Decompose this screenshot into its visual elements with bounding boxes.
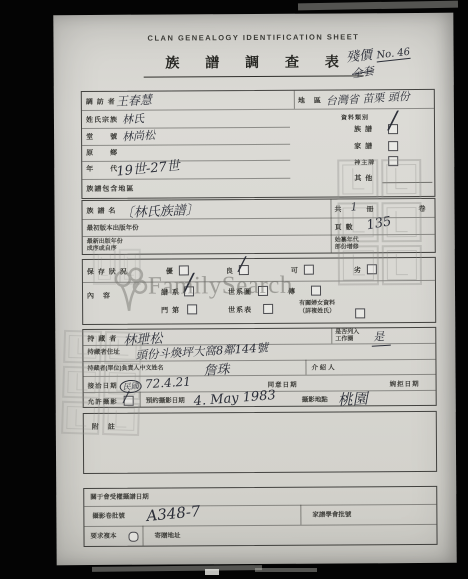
- content-lineage-rank-label: 門 第: [161, 305, 180, 315]
- pages-label: 頁 數: [335, 222, 354, 232]
- holder-contact-label: 持藏者(單位)負責人中文姓名: [87, 366, 163, 373]
- category-other-label: 其 他: [354, 173, 373, 183]
- contact-date-label: 接洽日期: [88, 381, 118, 390]
- section-basic-info: 調 訪 者 王春慧 地 區 台灣省 苗栗 頭份 姓氏宗族 林氏 堂 號 林尚松 …: [81, 89, 436, 199]
- film-number-label: 攝影卷批號: [92, 513, 125, 520]
- content-women-label-line1: 有關婦女資料: [299, 301, 335, 308]
- compile-interval-label: 部份增修: [335, 244, 359, 251]
- content-biography-label: 傳: [288, 287, 296, 297]
- content-lineage-chart-label: 世系圖: [228, 287, 252, 297]
- notes-label: 附 註: [92, 422, 116, 432]
- region-value: 台灣省 苗栗 頭份: [325, 88, 410, 109]
- content-pedigree-label: 譜 系: [161, 287, 180, 297]
- filming-permit-label: 允許攝影: [88, 397, 118, 406]
- listed-label-line2: 工作圈: [335, 336, 353, 343]
- familysearch-logo-watermark: [107, 265, 151, 313]
- condition-fair-checkbox: [304, 265, 314, 275]
- condition-poor-checkbox: [367, 264, 377, 274]
- listed-value: 是: [371, 328, 391, 347]
- clan-surname-label: 姓氏宗族: [86, 115, 118, 125]
- volumes-total-label: 共: [334, 204, 342, 214]
- content-lineage-rank-checkbox: [187, 304, 197, 314]
- photo-streak: [298, 1, 458, 11]
- genealogy-title-value: 〔林氏族譜〕: [120, 199, 199, 221]
- region-label: 地 區: [298, 96, 322, 106]
- condition-good-label: 良: [226, 266, 234, 276]
- volumes-total-value: 1: [350, 200, 358, 213]
- hall-name-value: 林尚松: [122, 127, 156, 145]
- filming-location-label: 攝影地點: [302, 397, 328, 404]
- condition-good-checkbox: [239, 265, 249, 275]
- holder-contact-value: 詹珠: [203, 358, 230, 378]
- content-women-checkbox: [355, 308, 365, 318]
- category-tablet-label: 神主牌: [354, 157, 375, 166]
- volumes-juan-label: 卷: [418, 204, 426, 214]
- category-jiapu-label: 家 譜: [354, 141, 373, 151]
- native-place-label: 原 鄉: [86, 148, 118, 158]
- society-number-label: 家譜學會批號: [312, 511, 351, 518]
- filming-permit-checkbox: [124, 396, 134, 406]
- introducer-label: 介 紹 人: [311, 365, 334, 372]
- sheet-title-zh: 族 譜 調 查 表: [143, 51, 364, 77]
- section-holder-info: 持 藏 者 林玴松 是否列入 工作圈 是 持藏者住址 頭份斗煥坪大窩8鄰144號…: [82, 327, 436, 408]
- condition-excellent-label: 優: [166, 266, 174, 276]
- copy-request-checkbox: [128, 532, 138, 542]
- era-value: 19世-27世: [116, 155, 181, 180]
- condition-poor-label: 劣: [354, 265, 362, 275]
- contact-date-value: 72.4.21: [145, 375, 192, 392]
- category-zupu-checkbox: [388, 124, 398, 134]
- handwritten-annotation: 殘價 No. 46 全套: [345, 40, 413, 81]
- pages-value: 135: [365, 214, 392, 233]
- photo-streak: [205, 569, 219, 575]
- first-edition-label: 最初版本出版年份: [87, 225, 139, 232]
- covered-area-label: 族譜包含地區: [86, 184, 134, 194]
- preface-label: 成序或自序: [87, 246, 117, 253]
- hall-name-label: 堂 號: [86, 132, 118, 142]
- filming-location-value: 桃園: [337, 388, 368, 411]
- content-women-label-line2: （詳複姓氏）: [299, 309, 335, 316]
- refuse-date-label: 婉拒日期: [390, 379, 420, 388]
- volumes-ce-label: 冊: [366, 204, 374, 214]
- section-genealogy-title: 族 譜 名 〔林氏族譜〕 共 1 冊 卷 最初版本出版年份 頁 數 135 最新…: [81, 198, 435, 255]
- mailing-address-label: 寄贈地址: [154, 532, 180, 539]
- content-lineage-chart-checkbox: [258, 286, 268, 296]
- condition-fair-label: 可: [291, 266, 299, 276]
- content-pedigree-checkbox: [184, 286, 194, 296]
- photo-streak: [255, 568, 317, 572]
- filming-schedule-label: 預約攝影日期: [146, 397, 185, 404]
- photo-streak: [92, 565, 262, 572]
- genealogy-title-label: 族 譜 名: [86, 206, 116, 216]
- category-other-line: [382, 182, 432, 183]
- genealogy-sheet-paper: CLAN GENEALOGY IDENTIFICATION SHEET 族 譜 …: [53, 13, 456, 565]
- category-label: 資料類別: [341, 112, 369, 121]
- copy-request-label: 要求複本: [90, 533, 116, 540]
- section-notes: 附 註: [83, 411, 437, 474]
- surveyor-value: 王春慧: [115, 91, 152, 110]
- surveyor-label: 調 訪 者: [86, 97, 116, 107]
- scanned-photo-frame: CLAN GENEALOGY IDENTIFICATION SHEET 族 譜 …: [0, 0, 468, 579]
- era-label: 年 代: [86, 164, 118, 174]
- category-zupu-label: 族 譜: [354, 124, 373, 134]
- section-filming-admin: 關于會受權攝譜日期 攝影卷批號 A348-7 家譜學會批號 要求複本 寄贈地址: [83, 486, 437, 547]
- authorization-date-label: 關于會受權攝譜日期: [90, 494, 149, 501]
- holder-address-label: 持藏者住址: [87, 349, 120, 356]
- film-number-value: A348-7: [146, 502, 202, 525]
- holder-label: 持 藏 者: [87, 334, 117, 344]
- clan-surname-value: 林氏: [122, 110, 145, 127]
- content-biography-checkbox: [311, 286, 321, 296]
- content-lineage-table-label: 世系表: [228, 305, 252, 315]
- content-lineage-table-checkbox: [263, 304, 273, 314]
- category-tablet-checkbox: [388, 156, 398, 166]
- category-jiapu-checkbox: [388, 141, 398, 151]
